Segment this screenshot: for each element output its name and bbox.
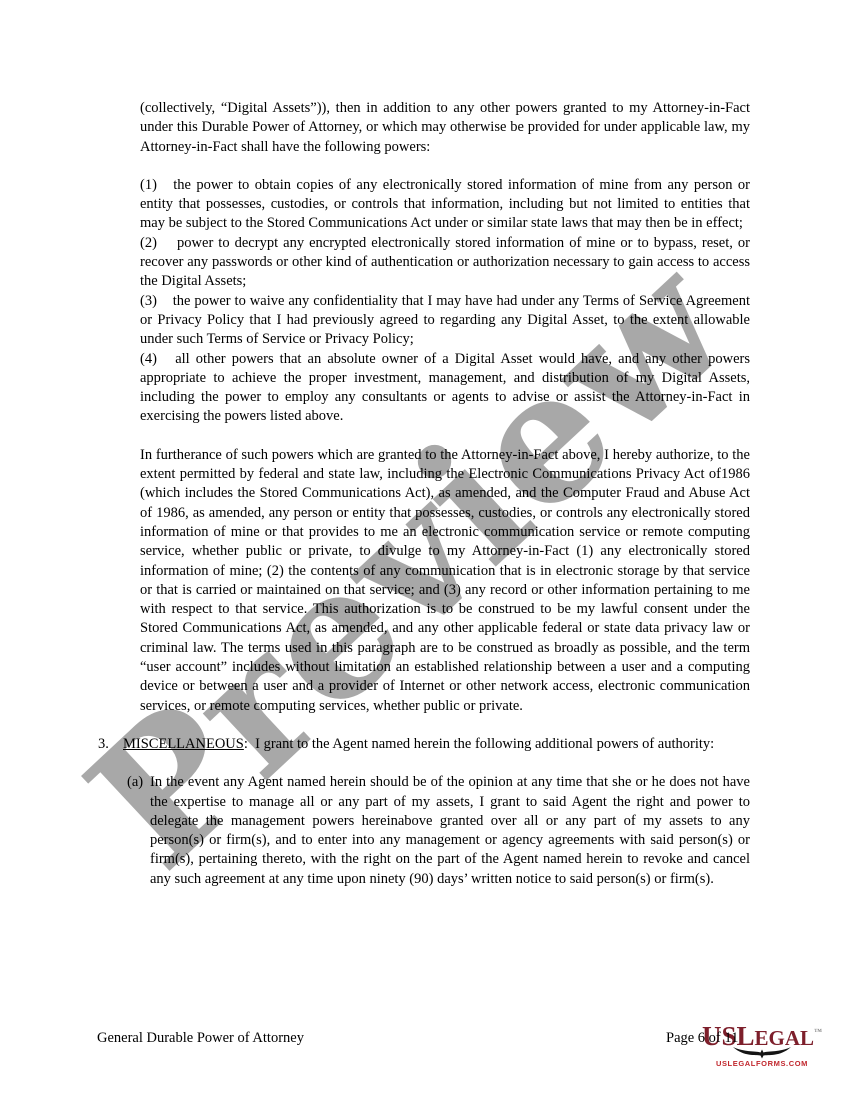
document-body: (collectively, “Digital Assets”)), then …	[0, 0, 850, 889]
section-number: 3.	[98, 735, 123, 754]
logo-part-egal: EGAL	[755, 1026, 815, 1050]
subsection-a-text: In the event any Agent named herein shou…	[150, 773, 750, 889]
power-clause-4: (4) all other powers that an absolute ow…	[140, 350, 750, 427]
power-clause-1: (1) the power to obtain copies of any el…	[140, 176, 750, 234]
subsection-a: (a) In the event any Agent named herein …	[127, 773, 750, 889]
subsection-a-label: (a)	[127, 773, 150, 889]
section-3-text: MISCELLANEOUS: I grant to the Agent name…	[123, 735, 750, 754]
trademark-symbol: ™	[814, 1027, 822, 1036]
furtherance-paragraph: In furtherance of such powers which are …	[140, 446, 750, 716]
section-3-rest: : I grant to the Agent named herein the …	[244, 736, 714, 752]
document-page: Preview (collectively, “Digital Assets”)…	[0, 0, 850, 1100]
footer-document-title: General Durable Power of Attorney	[97, 1030, 304, 1047]
power-clause-3: (3) the power to waive any confidentiali…	[140, 292, 750, 350]
uslegalforms-url: USLEGALFORMS.COM	[702, 1059, 822, 1068]
page-number: Page 6 of 11	[666, 1030, 738, 1047]
power-clause-2: (2) power to decrypt any encrypted elect…	[140, 234, 750, 292]
intro-paragraph: (collectively, “Digital Assets”)), then …	[140, 99, 750, 157]
section-3-heading: MISCELLANEOUS	[123, 736, 244, 752]
section-3-miscellaneous: 3. MISCELLANEOUS: I grant to the Agent n…	[98, 735, 750, 754]
